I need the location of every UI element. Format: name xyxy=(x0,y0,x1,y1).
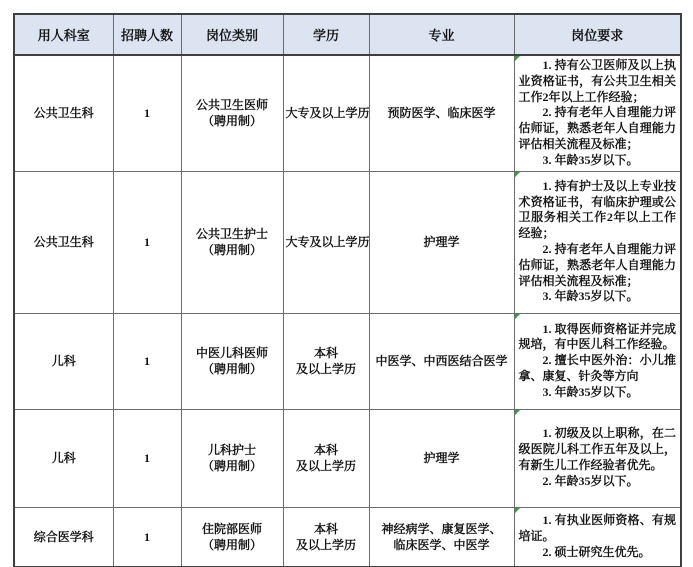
cell-department: 公共卫生科 xyxy=(14,171,113,313)
cell-line: （聘用制） xyxy=(184,361,281,377)
cell-education: 本科及以上学历 xyxy=(283,313,369,409)
cell-line: 儿科护士 xyxy=(184,442,281,458)
cell-line: 本科 xyxy=(286,345,367,361)
cell-position: 中医儿科医师（聘用制） xyxy=(181,313,283,409)
cell-line: 1 xyxy=(116,234,179,250)
requirement-item: 2. 年龄35岁以下。 xyxy=(519,474,677,490)
column-header-4: 专业 xyxy=(369,14,514,55)
requirement-item: 2. 硕士研究生优先。 xyxy=(519,545,677,561)
requirement-item: 1. 初级及以上职称，在二级医院儿科工作五年及以上，有新生儿工作经验者优先。 xyxy=(519,426,677,473)
cell-major: 神经病学、康复医学、临床医学、中医学 xyxy=(369,507,514,567)
cell-corner-flag-icon xyxy=(515,56,520,61)
cell-line: 神经病学、康复医学、 xyxy=(372,521,512,537)
table-row: 公共卫生科1公共卫生护士（聘用制）大专及以上学历护理学1. 持有护士及以上专业技… xyxy=(14,171,681,313)
column-header-2: 岗位类别 xyxy=(181,14,283,55)
cell-line: 及以上学历 xyxy=(286,361,367,377)
requirement-item: 3. 年龄35岁以下。 xyxy=(519,153,677,169)
cell-major: 护理学 xyxy=(369,171,514,313)
cell-count: 1 xyxy=(113,409,181,507)
cell-line: 大专及以上学历 xyxy=(286,234,367,250)
cell-line: 住院部医师 xyxy=(184,521,281,537)
cell-requirements: 1. 持有公卫医师及以上执业资格证书，有公共卫生相关工作2年以上工作经验；2. … xyxy=(514,55,681,171)
requirement-item: 1. 持有护士及以上专业技术资格证书，有临床护理或公卫服务相关工作2年以上工作经… xyxy=(519,179,677,242)
cell-requirements: 1. 初级及以上职称，在二级医院儿科工作五年及以上，有新生儿工作经验者优先。2.… xyxy=(514,409,681,507)
cell-education: 本科及以上学历 xyxy=(283,507,369,567)
cell-line: 1 xyxy=(116,450,179,466)
cell-line: 预防医学、临床医学 xyxy=(372,105,512,121)
cell-line: 中医儿科医师 xyxy=(184,345,281,361)
header-row: 用人科室招聘人数岗位类别学历专业岗位要求 xyxy=(14,14,681,55)
column-header-1: 招聘人数 xyxy=(113,14,181,55)
cell-line: 护理学 xyxy=(372,450,512,466)
cell-line: 公共卫生科 xyxy=(17,105,111,121)
cell-line: 1 xyxy=(116,353,179,369)
column-header-5: 岗位要求 xyxy=(514,14,681,55)
cell-education: 本科及以上学历 xyxy=(283,409,369,507)
cell-position: 公共卫生医师（聘用制） xyxy=(181,55,283,171)
requirement-item: 2. 擅长中医外治：小儿推拿、康复、针灸等方向 xyxy=(519,353,677,385)
cell-line: 1 xyxy=(116,529,179,545)
cell-line: 本科 xyxy=(286,521,367,537)
column-header-0: 用人科室 xyxy=(14,14,113,55)
cell-line: 护理学 xyxy=(372,234,512,250)
cell-count: 1 xyxy=(113,507,181,567)
cell-line: 公共卫生医师 xyxy=(184,97,281,113)
cell-education: 大专及以上学历 xyxy=(283,171,369,313)
cell-corner-flag-icon xyxy=(515,314,520,319)
cell-line: 大专及以上学历 xyxy=(286,105,367,121)
column-header-3: 学历 xyxy=(283,14,369,55)
cell-count: 1 xyxy=(113,171,181,313)
cell-position: 儿科护士（聘用制） xyxy=(181,409,283,507)
requirement-item: 1. 持有公卫医师及以上执业资格证书，有公共卫生相关工作2年以上工作经验； xyxy=(519,58,677,105)
cell-major: 预防医学、临床医学 xyxy=(369,55,514,171)
cell-corner-flag-icon xyxy=(515,508,520,513)
cell-corner-flag-icon xyxy=(515,172,520,177)
requirement-item: 1. 取得医师资格证并完成规培，有中医儿科工作经验。 xyxy=(519,322,677,354)
requirement-item: 1. 有执业医师资格、有规培证。 xyxy=(519,513,677,545)
cell-position: 公共卫生护士（聘用制） xyxy=(181,171,283,313)
cell-position: 住院部医师（聘用制） xyxy=(181,507,283,567)
cell-line: 综合医学科 xyxy=(17,529,111,545)
recruitment-table: 用人科室招聘人数岗位类别学历专业岗位要求 公共卫生科1公共卫生医师（聘用制）大专… xyxy=(13,13,682,567)
cell-line: 及以上学历 xyxy=(286,458,367,474)
cell-line: 儿科 xyxy=(17,353,111,369)
cell-department: 公共卫生科 xyxy=(14,55,113,171)
cell-line: 及以上学历 xyxy=(286,537,367,553)
cell-line: 中医学、中西医结合医学 xyxy=(372,353,512,369)
cell-count: 1 xyxy=(113,55,181,171)
cell-line: 公共卫生护士 xyxy=(184,226,281,242)
cell-line: 本科 xyxy=(286,442,367,458)
recruitment-table-page: 用人科室招聘人数岗位类别学历专业岗位要求 公共卫生科1公共卫生医师（聘用制）大专… xyxy=(0,0,693,567)
requirement-item: 3. 年龄35岁以下。 xyxy=(519,385,677,401)
cell-education: 大专及以上学历 xyxy=(283,55,369,171)
table-row: 儿科1儿科护士（聘用制）本科及以上学历护理学1. 初级及以上职称，在二级医院儿科… xyxy=(14,409,681,507)
cell-line: 公共卫生科 xyxy=(17,234,111,250)
cell-count: 1 xyxy=(113,313,181,409)
cell-requirements: 1. 有执业医师资格、有规培证。2. 硕士研究生优先。 xyxy=(514,507,681,567)
table-row: 综合医学科1住院部医师（聘用制）本科及以上学历神经病学、康复医学、临床医学、中医… xyxy=(14,507,681,567)
cell-line: （聘用制） xyxy=(184,242,281,258)
cell-department: 综合医学科 xyxy=(14,507,113,567)
cell-line: （聘用制） xyxy=(184,458,281,474)
requirement-item: 2. 持有老年人自理能力评估师证，熟悉老年人自理能力评估相关流程及标准； xyxy=(519,242,677,289)
cell-department: 儿科 xyxy=(14,409,113,507)
cell-requirements: 1. 持有护士及以上专业技术资格证书，有临床护理或公卫服务相关工作2年以上工作经… xyxy=(514,171,681,313)
table-row: 儿科1中医儿科医师（聘用制）本科及以上学历中医学、中西医结合医学1. 取得医师资… xyxy=(14,313,681,409)
cell-line: 临床医学、中医学 xyxy=(372,537,512,553)
cell-line: 1 xyxy=(116,105,179,121)
cell-line: （聘用制） xyxy=(184,537,281,553)
cell-requirements: 1. 取得医师资格证并完成规培，有中医儿科工作经验。2. 擅长中医外治：小儿推拿… xyxy=(514,313,681,409)
cell-line: 儿科 xyxy=(17,450,111,466)
cell-line: （聘用制） xyxy=(184,113,281,129)
requirement-item: 3. 年龄35岁以下。 xyxy=(519,289,677,305)
cell-major: 中医学、中西医结合医学 xyxy=(369,313,514,409)
cell-major: 护理学 xyxy=(369,409,514,507)
cell-department: 儿科 xyxy=(14,313,113,409)
cell-corner-flag-icon xyxy=(515,410,520,415)
requirement-item: 2. 持有老年人自理能力评估师证，熟悉老年人自理能力评估相关流程及标准； xyxy=(519,105,677,152)
table-row: 公共卫生科1公共卫生医师（聘用制）大专及以上学历预防医学、临床医学1. 持有公卫… xyxy=(14,55,681,171)
